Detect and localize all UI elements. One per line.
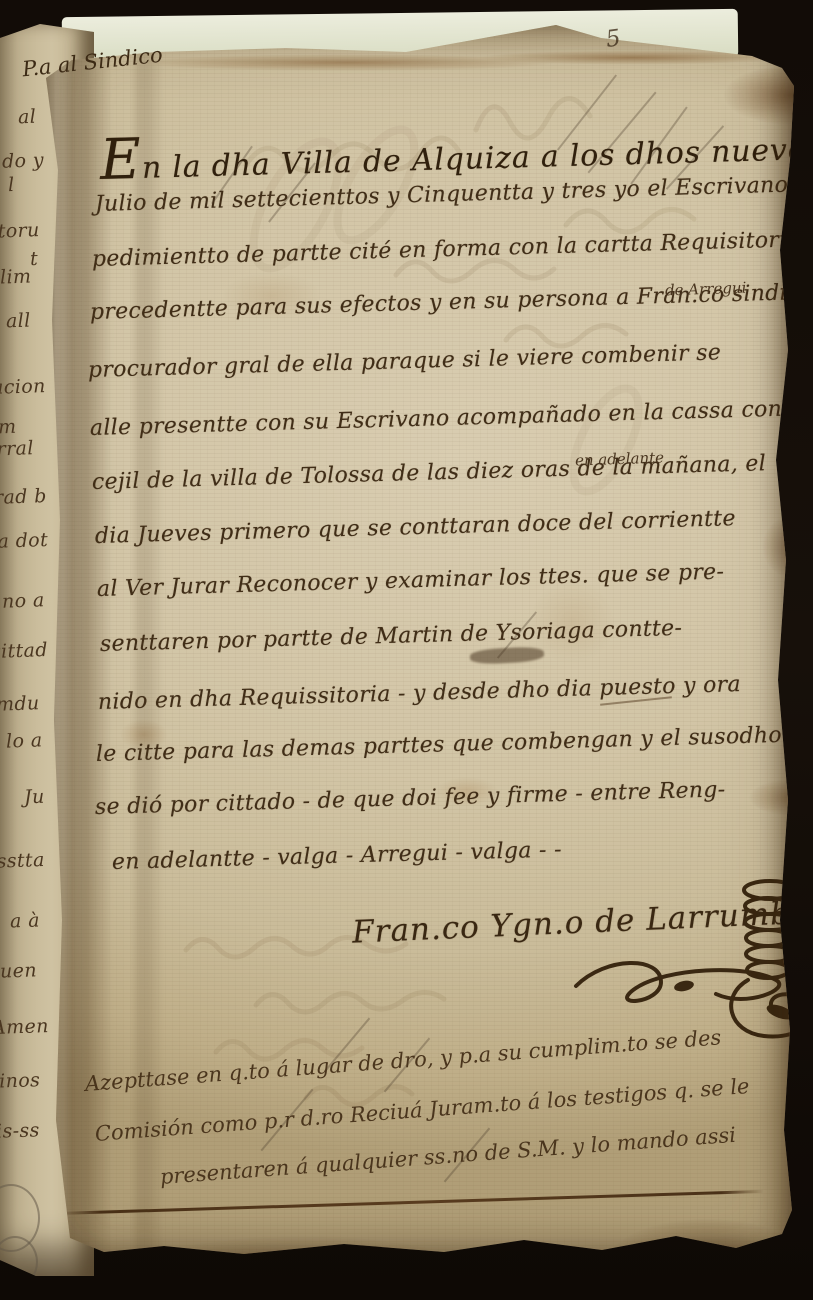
margin-fragment: Amen <box>0 1015 49 1039</box>
margin-fragment: al <box>18 106 37 129</box>
margin-fragment: no a <box>2 589 45 612</box>
margin-fragment: ra dot <box>0 529 48 553</box>
margin-fragment: atoru <box>0 219 40 243</box>
margin-fragment: nrral <box>0 437 34 461</box>
margin-fragment: do y <box>2 149 45 172</box>
margin-fragment: vinos <box>0 1069 41 1093</box>
margin-fragment: acion <box>0 375 46 399</box>
margin-fragment: mdu <box>0 692 40 716</box>
pencil-mark <box>0 1236 38 1276</box>
margin-fragment: Ju <box>24 786 45 809</box>
margin-fragment: is-ss <box>0 1119 40 1143</box>
edge-vignette <box>46 20 798 1274</box>
margin-fragment: rad b <box>0 485 47 509</box>
margin-fragment: lo a <box>6 729 43 752</box>
margin-fragment: all <box>6 310 31 333</box>
margin-fragment: cittad <box>0 639 48 663</box>
margin-fragment: uen <box>0 959 37 982</box>
margin-fragment: m <box>0 416 17 439</box>
margin-fragment: a à <box>10 909 41 932</box>
manuscript-photo: al do y l atoru t lim all acion m nrral … <box>0 0 813 1300</box>
margin-fragment: usstta <box>0 849 45 873</box>
manuscript-page: En la dha Villa de Alquiza a los dhos nu… <box>46 20 798 1274</box>
margin-fragment: l <box>8 174 15 196</box>
margin-fragment: lim <box>0 265 32 288</box>
